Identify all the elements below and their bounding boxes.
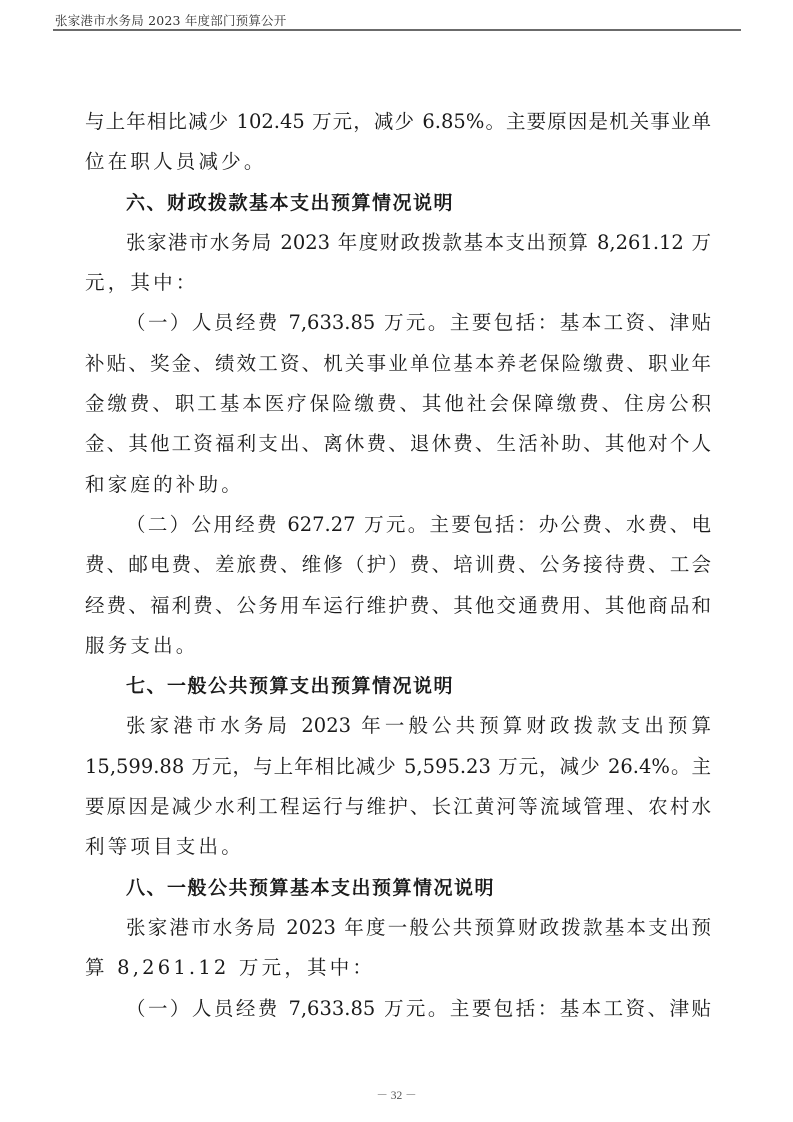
body-line: 经费、福利费、公务用车运行维护费、其他交通费用、其他商品和 [85,586,711,626]
body-line: 元，其中： [85,263,711,303]
body-line: 费、邮电费、差旅费、维修（护）费、培训费、公务接待费、工会 [85,545,711,585]
body-line: （一）人员经费 7,633.85 万元。主要包括：基本工资、津贴 [85,303,711,343]
body-line: 算 8,261.12 万元，其中： [85,948,711,988]
body-line: 15,599.88 万元，与上年相比减少 5,595.23 万元，减少 26.4… [85,747,711,787]
body-line: 与上年相比减少 102.45 万元，减少 6.85%。主要原因是机关事业单 [85,102,711,142]
section-heading-7: 七、一般公共预算支出预算情况说明 [85,666,711,706]
body-line: 和家庭的补助。 [85,465,711,505]
body-line: 张家港市水务局 2023 年度财政拨款基本支出预算 8,261.12 万 [85,223,711,263]
body-line: 张家港市水务局 2023 年一般公共预算财政拨款支出预算 [85,706,711,746]
body-line: 位在职人员减少。 [85,142,711,182]
body-line: 金、其他工资福利支出、离休费、退休费、生活补助、其他对个人 [85,424,711,464]
body-line: 张家港市水务局 2023 年度一般公共预算财政拨款基本支出预 [85,908,711,948]
body-line: 利等项目支出。 [85,827,711,867]
document-body: 与上年相比减少 102.45 万元，减少 6.85%。主要原因是机关事业单 位在… [85,102,711,1029]
body-line: （二）公用经费 627.27 万元。主要包括：办公费、水费、电 [85,505,711,545]
section-heading-6: 六、财政拨款基本支出预算情况说明 [85,183,711,223]
body-line: 金缴费、职工基本医疗保险缴费、其他社会保障缴费、住房公积 [85,384,711,424]
page-header: 张家港市水务局 2023 年度部门预算公开 [53,8,741,31]
body-line: 要原因是减少水利工程运行与维护、长江黄河等流域管理、农村水 [85,787,711,827]
page-number: － 32 － [0,1087,793,1103]
body-line: 补贴、奖金、绩效工资、机关事业单位基本养老保险缴费、职业年 [85,344,711,384]
body-line: （一）人员经费 7,633.85 万元。主要包括：基本工资、津贴 [85,989,711,1029]
header-title: 张家港市水务局 2023 年度部门预算公开 [55,11,286,29]
section-heading-8: 八、一般公共预算基本支出预算情况说明 [85,868,711,908]
body-line: 服务支出。 [85,626,711,666]
